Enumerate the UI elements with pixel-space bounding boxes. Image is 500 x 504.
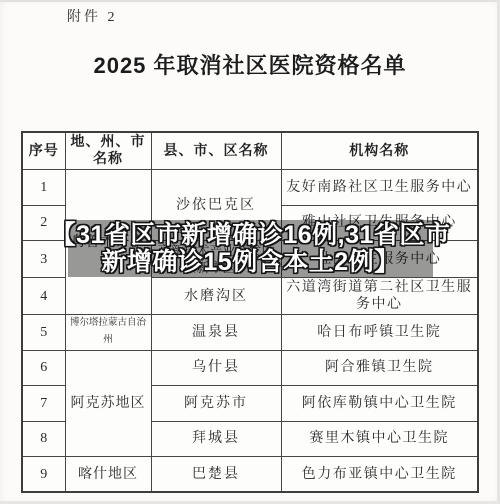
header-prefecture: 地、州、市名称: [65, 132, 151, 170]
cell-seq: 4: [22, 278, 65, 315]
table-row: 9 喀什地区 巴楚县 色力布亚镇中心卫生院: [22, 457, 478, 493]
cell-prefecture: 博尔塔拉蒙古自治州: [65, 315, 151, 351]
cell-prefecture: 阿克苏地区: [65, 350, 151, 457]
cell-county: 拜城县: [151, 421, 281, 457]
cell-seq: 6: [22, 350, 65, 386]
table-header-row: 序号 地、州、市名称 县、市、区名称 机构名称: [22, 132, 478, 170]
header-seq: 序号: [22, 132, 65, 170]
cell-seq: 7: [22, 386, 65, 422]
cell-institution: 阿合雅镇卫生院: [281, 350, 478, 386]
cell-institution: 阿依库勒镇中心卫生院: [281, 386, 478, 422]
photo-edge-top: [0, 0, 500, 2]
caption-line-1: 【31省区市新增确诊16例,31省区市: [51, 222, 451, 249]
cell-institution: 赛里木镇中心卫生院: [281, 421, 478, 457]
cell-seq: 8: [22, 421, 65, 457]
document-page: 附件 2 2025 年取消社区医院资格名单 序号 地、州、市名称 县、市、区名称…: [0, 0, 500, 504]
page-title: 2025 年取消社区医院资格名单: [0, 49, 500, 80]
caption-line-2: 新增确诊15例含本土2例】: [101, 249, 399, 276]
cell-institution: 哈日布呼镇卫生院: [281, 315, 478, 351]
cell-institution: 友好南路社区卫生服务中心: [281, 170, 478, 206]
cell-county: 阿克苏市: [151, 386, 281, 422]
cell-county: 温泉县: [151, 315, 281, 351]
header-institution: 机构名称: [281, 132, 478, 170]
cell-county: 水磨沟区: [151, 278, 281, 315]
table-row: 6 阿克苏地区 乌什县 阿合雅镇卫生院: [22, 350, 478, 386]
cell-county: 乌什县: [151, 350, 281, 386]
hospital-roster-table: 序号 地、州、市名称 县、市、区名称 机构名称 1 乌鲁木齐市 沙依巴克区 友好…: [21, 131, 479, 493]
table-row: 5 博尔塔拉蒙古自治州 温泉县 哈日布呼镇卫生院: [22, 315, 478, 351]
table-row: 1 乌鲁木齐市 沙依巴克区 友好南路社区卫生服务中心: [22, 170, 478, 206]
cell-institution: 六道湾街道第二社区卫生服务中心: [281, 278, 478, 315]
cell-seq: 1: [22, 170, 65, 206]
cell-seq: 9: [22, 457, 65, 493]
attachment-label: 附件 2: [67, 6, 118, 26]
news-caption-overlay: 【31省区市新增确诊16例,31省区市 新增确诊15例含本土2例】: [68, 220, 433, 277]
header-county: 县、市、区名称: [151, 132, 281, 170]
cell-prefecture: 喀什地区: [65, 457, 151, 493]
cell-county: 巴楚县: [151, 457, 281, 493]
cell-seq: 5: [22, 315, 65, 351]
cell-institution: 色力布亚镇中心卫生院: [281, 457, 478, 493]
